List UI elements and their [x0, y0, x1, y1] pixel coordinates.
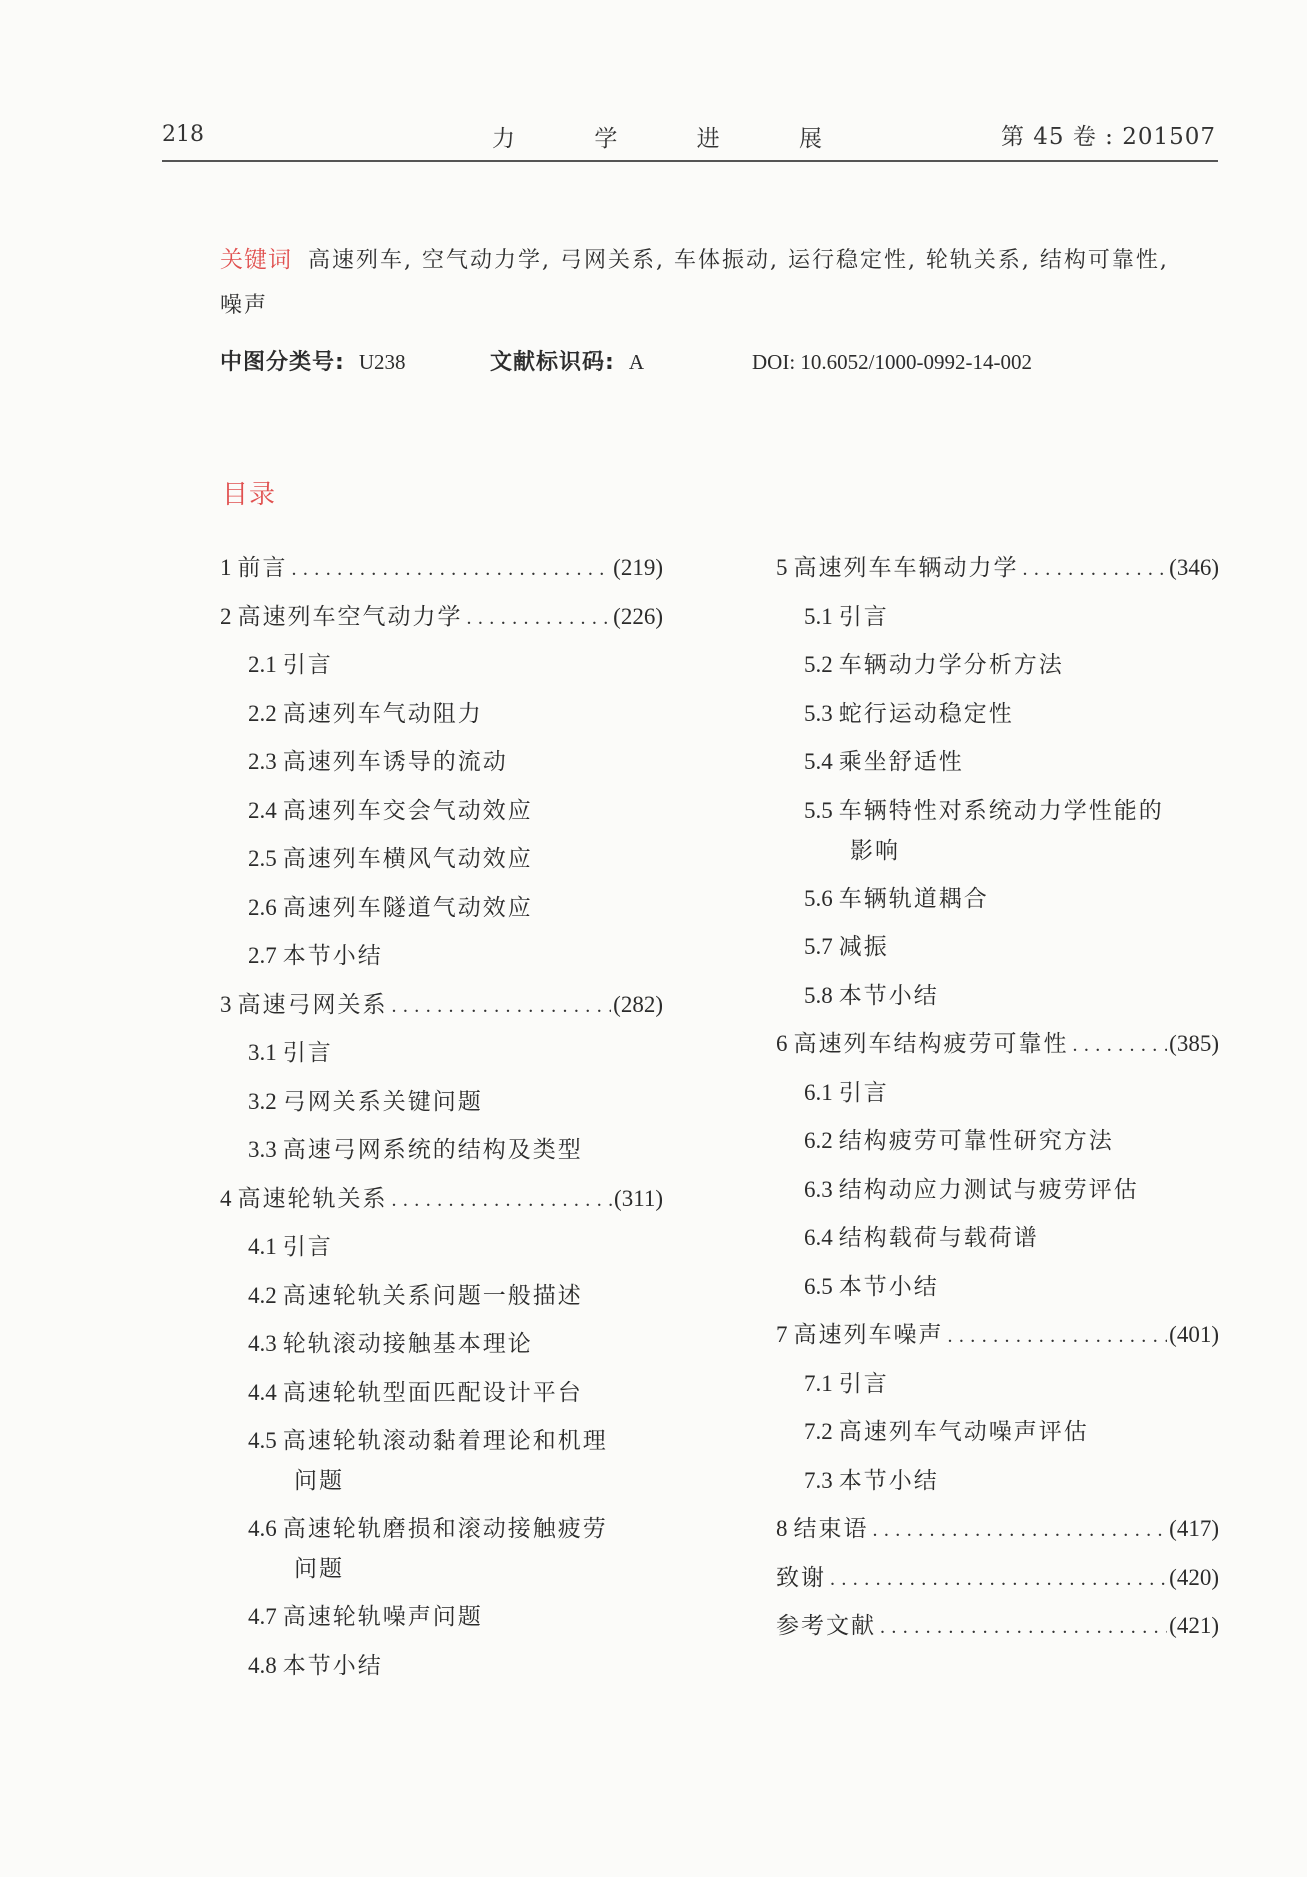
toc-subsection-entry[interactable]: 5.1引言 — [776, 597, 1219, 646]
toc-subsection-entry[interactable]: 2.4高速列车交会气动效应 — [220, 791, 663, 840]
toc-subsection-entry[interactable]: 2.7本节小结 — [220, 936, 663, 985]
toc-subsection-entry[interactable]: 2.3高速列车诱导的流动 — [220, 742, 663, 791]
toc-page-number: (226) — [613, 597, 663, 638]
toc-subsection-number: 3.1 — [248, 1040, 277, 1065]
toc-subsection-number: 5.6 — [804, 886, 833, 911]
toc-subsection-entry[interactable]: 7.1引言 — [776, 1364, 1219, 1413]
toc-subsection-number: 3.2 — [248, 1089, 277, 1114]
journal-title-char: 展 — [799, 120, 822, 153]
toc-subsection-title: 车辆动力学分析方法 — [839, 652, 1064, 678]
toc-subsection-title: 高速列车横风气动效应 — [283, 846, 533, 872]
toc-subsection-title: 高速列车隧道气动效应 — [283, 895, 533, 921]
dot-leader — [292, 549, 612, 590]
toc-subsection-title: 弓网关系关键问题 — [283, 1089, 483, 1115]
toc-section-title: 高速弓网关系 — [238, 985, 388, 1026]
toc-subsection-title: 结构动应力测试与疲劳评估 — [839, 1177, 1139, 1203]
toc-subsection-title: 高速弓网系统的结构及类型 — [283, 1137, 583, 1163]
toc-subsection-entry[interactable]: 6.2结构疲劳可靠性研究方法 — [776, 1121, 1219, 1170]
toc-section-title: 高速列车噪声 — [794, 1315, 944, 1356]
toc-subsection-entry[interactable]: 2.1引言 — [220, 645, 663, 694]
toc-section-title: 结束语 — [794, 1509, 869, 1550]
toc-subsection-title: 乘坐舒适性 — [839, 749, 964, 775]
toc-section-title: 高速列车结构疲劳可靠性 — [794, 1024, 1069, 1065]
toc-subsection-number: 4.3 — [248, 1331, 277, 1356]
toc-subsection-number: 3.3 — [248, 1137, 277, 1162]
dot-leader — [880, 1607, 1167, 1648]
doc-code-value: A — [629, 350, 644, 374]
toc-subsection-title: 引言 — [283, 1040, 333, 1066]
toc-subsection-entry[interactable]: 7.2高速列车气动噪声评估 — [776, 1412, 1219, 1461]
toc-subsection-entry[interactable]: 5.7减振 — [776, 927, 1219, 976]
toc-subsection-number: 4.5 — [248, 1428, 277, 1453]
toc-subsection-title: 引言 — [839, 1080, 889, 1106]
toc-subsection-number: 4.8 — [248, 1653, 277, 1678]
journal-title-char: 学 — [594, 120, 617, 153]
toc-subsection-title: 本节小结 — [283, 1653, 383, 1679]
toc-subsection-number: 5.3 — [804, 701, 833, 726]
toc-subsection-number: 6.1 — [804, 1080, 833, 1105]
toc-section-number: 2 — [220, 597, 232, 638]
toc-section-entry[interactable]: 6高速列车结构疲劳可靠性(385) — [776, 1024, 1219, 1073]
keywords-label: 关键词 — [220, 247, 292, 273]
doc-code-group: 文献标识码:A — [490, 345, 752, 376]
toc-subsection-title: 高速轮轨滚动黏着理论和机理 — [283, 1428, 608, 1454]
journal-title: 力 学 进 展 — [492, 120, 822, 153]
toc-subsection-title: 高速列车诱导的流动 — [283, 749, 508, 775]
clc-group: 中图分类号:U238 — [220, 345, 490, 376]
running-header: 218 力 学 进 展 第 45 卷 : 201507 — [162, 116, 1216, 156]
toc-page-number: (417) — [1169, 1509, 1219, 1550]
toc-section-entry[interactable]: 7高速列车噪声(401) — [776, 1315, 1219, 1364]
toc-subsection-number: 5.1 — [804, 604, 833, 629]
toc-subsection-title: 引言 — [839, 604, 889, 630]
toc-subsection-number: 2.4 — [248, 798, 277, 823]
toc-subsection-entry[interactable]: 5.4乘坐舒适性 — [776, 742, 1219, 791]
toc-subsection-title: 轮轨滚动接触基本理论 — [283, 1331, 533, 1357]
toc-page-number: (282) — [613, 985, 663, 1026]
toc-subsection-number: 5.5 — [804, 798, 833, 823]
issue-info: 第 45 卷 : 201507 — [1001, 118, 1216, 151]
toc-subsection-entry[interactable]: 3.3高速弓网系统的结构及类型 — [220, 1130, 663, 1179]
toc-subsection-title-continued: 问题 — [248, 1549, 663, 1589]
toc-subsection-number: 5.7 — [804, 934, 833, 959]
toc-subsection-title: 高速轮轨磨损和滚动接触疲劳 — [283, 1516, 608, 1542]
toc-subsection-number: 7.1 — [804, 1371, 833, 1396]
toc-section-entry[interactable]: 1前言(219) — [220, 548, 663, 597]
toc-section-entry[interactable]: 参考文献(421) — [776, 1606, 1219, 1655]
toc-section-title: 前言 — [238, 548, 288, 589]
toc-subsection-number: 2.5 — [248, 846, 277, 871]
toc-subsection-entry[interactable]: 5.5车辆特性对系统动力学性能的影响 — [776, 791, 1219, 879]
toc-subsection-title: 本节小结 — [839, 1274, 939, 1300]
toc-subsection-title: 高速轮轨噪声问题 — [283, 1604, 483, 1630]
toc-subsection-number: 6.3 — [804, 1177, 833, 1202]
toc-section-number: 8 — [776, 1509, 788, 1550]
toc-subsection-number: 4.7 — [248, 1604, 277, 1629]
toc-subsection-entry[interactable]: 4.7高速轮轨噪声问题 — [220, 1597, 663, 1646]
classification-line: 中图分类号:U238 文献标识码:A DOI: 10.6052/1000-099… — [220, 345, 1180, 376]
toc-subsection-entry[interactable]: 4.5高速轮轨滚动黏着理论和机理问题 — [220, 1421, 663, 1509]
toc-section-entry[interactable]: 5高速列车车辆动力学(346) — [776, 548, 1219, 597]
toc-subsection-entry[interactable]: 5.6车辆轨道耦合 — [776, 879, 1219, 928]
toc-subsection-number: 4.4 — [248, 1380, 277, 1405]
toc-subsection-entry[interactable]: 3.2弓网关系关键问题 — [220, 1082, 663, 1131]
toc-section-title: 参考文献 — [776, 1606, 876, 1647]
toc-subsection-title: 高速列车气动噪声评估 — [839, 1419, 1089, 1445]
keywords-text: 高速列车, 空气动力学, 弓网关系, 车体振动, 运行稳定性, 轮轨关系, 结构… — [220, 248, 1169, 318]
clc-label: 中图分类号: — [220, 350, 345, 375]
toc-subsection-number: 7.2 — [804, 1419, 833, 1444]
toc-section-entry[interactable]: 3高速弓网关系(282) — [220, 985, 663, 1034]
toc-subsection-title: 结构载荷与载荷谱 — [839, 1225, 1039, 1251]
toc-subsection-entry[interactable]: 2.5高速列车横风气动效应 — [220, 839, 663, 888]
toc-subsection-entry[interactable]: 2.6高速列车隧道气动效应 — [220, 888, 663, 937]
toc-subsection-title-continued: 影响 — [804, 831, 1219, 871]
toc-subsection-title: 高速轮轨关系问题一般描述 — [283, 1283, 583, 1309]
toc-subsection-title: 引言 — [839, 1371, 889, 1397]
toc-subsection-entry[interactable]: 4.6高速轮轨磨损和滚动接触疲劳问题 — [220, 1509, 663, 1597]
page-number: 218 — [162, 122, 204, 147]
dot-leader — [467, 598, 612, 639]
toc-section-number: 5 — [776, 548, 788, 589]
journal-title-char: 力 — [492, 120, 515, 153]
header-rule — [162, 160, 1218, 162]
toc-subsection-entry[interactable]: 4.8本节小结 — [220, 1646, 663, 1695]
toc-page-number: (401) — [1169, 1315, 1219, 1356]
toc-subsection-line: 5.5车辆特性对系统动力学性能的 — [804, 791, 1219, 831]
keywords-block: 关键词高速列车, 空气动力学, 弓网关系, 车体振动, 运行稳定性, 轮轨关系,… — [220, 238, 1180, 328]
toc-subsection-entry[interactable]: 6.4结构载荷与载荷谱 — [776, 1218, 1219, 1267]
toc-subsection-number: 2.3 — [248, 749, 277, 774]
toc-subsection-number: 2.7 — [248, 943, 277, 968]
toc-subsection-line: 4.5高速轮轨滚动黏着理论和机理 — [248, 1421, 663, 1461]
toc-subsection-entry[interactable]: 4.2高速轮轨关系问题一般描述 — [220, 1276, 663, 1325]
toc-subsection-number: 4.2 — [248, 1283, 277, 1308]
toc-subsection-title: 车辆特性对系统动力学性能的 — [839, 798, 1164, 824]
toc-section-entry[interactable]: 4高速轮轨关系(311) — [220, 1179, 663, 1228]
toc-subsection-entry[interactable]: 5.2车辆动力学分析方法 — [776, 645, 1219, 694]
toc-subsection-number: 5.8 — [804, 983, 833, 1008]
toc-subsection-entry[interactable]: 4.4高速轮轨型面匹配设计平台 — [220, 1373, 663, 1422]
toc-subsection-number: 6.5 — [804, 1274, 833, 1299]
toc-subsection-number: 2.6 — [248, 895, 277, 920]
toc-subsection-entry[interactable]: 6.5本节小结 — [776, 1267, 1219, 1316]
toc-subsection-number: 4.6 — [248, 1516, 277, 1541]
dot-leader — [873, 1510, 1168, 1551]
toc-subsection-title-continued: 问题 — [248, 1461, 663, 1501]
toc-section-number: 3 — [220, 985, 232, 1026]
toc-subsection-title: 高速列车气动阻力 — [283, 701, 483, 727]
clc-value: U238 — [359, 350, 406, 374]
toc-subsection-entry[interactable]: 5.8本节小结 — [776, 976, 1219, 1025]
toc-subsection-entry[interactable]: 5.3蛇行运动稳定性 — [776, 694, 1219, 743]
toc-subsection-entry[interactable]: 6.3结构动应力测试与疲劳评估 — [776, 1170, 1219, 1219]
toc-subsection-title: 本节小结 — [839, 983, 939, 1009]
toc-subsection-title: 引言 — [283, 1234, 333, 1260]
toc-subsection-title: 车辆轨道耦合 — [839, 886, 989, 912]
dot-leader — [392, 986, 612, 1027]
toc-subsection-entry[interactable]: 7.3本节小结 — [776, 1461, 1219, 1510]
dot-leader — [1073, 1025, 1168, 1066]
toc-section-entry[interactable]: 2高速列车空气动力学(226) — [220, 597, 663, 646]
toc-subsection-entry[interactable]: 3.1引言 — [220, 1033, 663, 1082]
journal-page: 218 力 学 进 展 第 45 卷 : 201507 关键词高速列车, 空气动… — [0, 0, 1307, 1877]
toc-subsection-title: 高速轮轨型面匹配设计平台 — [283, 1380, 583, 1406]
toc-subsection-entry[interactable]: 4.3轮轨滚动接触基本理论 — [220, 1324, 663, 1373]
toc-subsection-number: 5.2 — [804, 652, 833, 677]
toc-subsection-title: 结构疲劳可靠性研究方法 — [839, 1128, 1114, 1154]
toc-subsection-title: 引言 — [283, 652, 333, 678]
toc-page-number: (311) — [614, 1179, 663, 1220]
toc-left-column: 1前言(219)2高速列车空气动力学(226)2.1引言2.2高速列车气动阻力2… — [220, 548, 663, 1694]
toc-section-number: 6 — [776, 1024, 788, 1065]
toc-subsection-title: 本节小结 — [839, 1468, 939, 1494]
toc-section-title: 高速轮轨关系 — [238, 1179, 388, 1220]
doc-code-label: 文献标识码: — [490, 350, 615, 375]
toc-subsection-number: 6.2 — [804, 1128, 833, 1153]
toc-right-column: 5高速列车车辆动力学(346)5.1引言5.2车辆动力学分析方法5.3蛇行运动稳… — [776, 548, 1219, 1655]
toc-section-entry[interactable]: 8结束语(417) — [776, 1509, 1219, 1558]
toc-subsection-number: 6.4 — [804, 1225, 833, 1250]
dot-leader — [830, 1559, 1167, 1600]
toc-subsection-title: 蛇行运动稳定性 — [839, 701, 1014, 727]
dot-leader — [1023, 549, 1168, 590]
dot-leader — [392, 1180, 613, 1221]
toc-subsection-title: 减振 — [839, 934, 889, 960]
toc-subsection-title: 本节小结 — [283, 943, 383, 969]
doi: DOI: 10.6052/1000-0992-14-002 — [752, 350, 1032, 375]
toc-title: 目录 — [222, 474, 276, 511]
toc-page-number: (420) — [1169, 1558, 1219, 1599]
toc-subsection-number: 2.2 — [248, 701, 277, 726]
toc-section-number: 7 — [776, 1315, 788, 1356]
toc-section-number: 4 — [220, 1179, 232, 1220]
toc-section-title: 高速列车空气动力学 — [238, 597, 463, 638]
toc-subsection-number: 4.1 — [248, 1234, 277, 1259]
toc-section-title: 高速列车车辆动力学 — [794, 548, 1019, 589]
toc-subsection-entry[interactable]: 2.2高速列车气动阻力 — [220, 694, 663, 743]
toc-subsection-title: 高速列车交会气动效应 — [283, 798, 533, 824]
toc-section-title: 致谢 — [776, 1558, 826, 1599]
toc-subsection-entry[interactable]: 4.1引言 — [220, 1227, 663, 1276]
toc-subsection-number: 2.1 — [248, 652, 277, 677]
toc-section-number: 1 — [220, 548, 232, 589]
toc-subsection-number: 5.4 — [804, 749, 833, 774]
dot-leader — [948, 1316, 1168, 1357]
toc-subsection-entry[interactable]: 6.1引言 — [776, 1073, 1219, 1122]
toc-subsection-number: 7.3 — [804, 1468, 833, 1493]
toc-section-entry[interactable]: 致谢(420) — [776, 1558, 1219, 1607]
toc-subsection-line: 4.6高速轮轨磨损和滚动接触疲劳 — [248, 1509, 663, 1549]
journal-title-char: 进 — [697, 120, 720, 153]
toc-page-number: (346) — [1169, 548, 1219, 589]
toc-page-number: (385) — [1169, 1024, 1219, 1065]
toc-page-number: (421) — [1169, 1606, 1219, 1647]
toc-page-number: (219) — [613, 548, 663, 589]
